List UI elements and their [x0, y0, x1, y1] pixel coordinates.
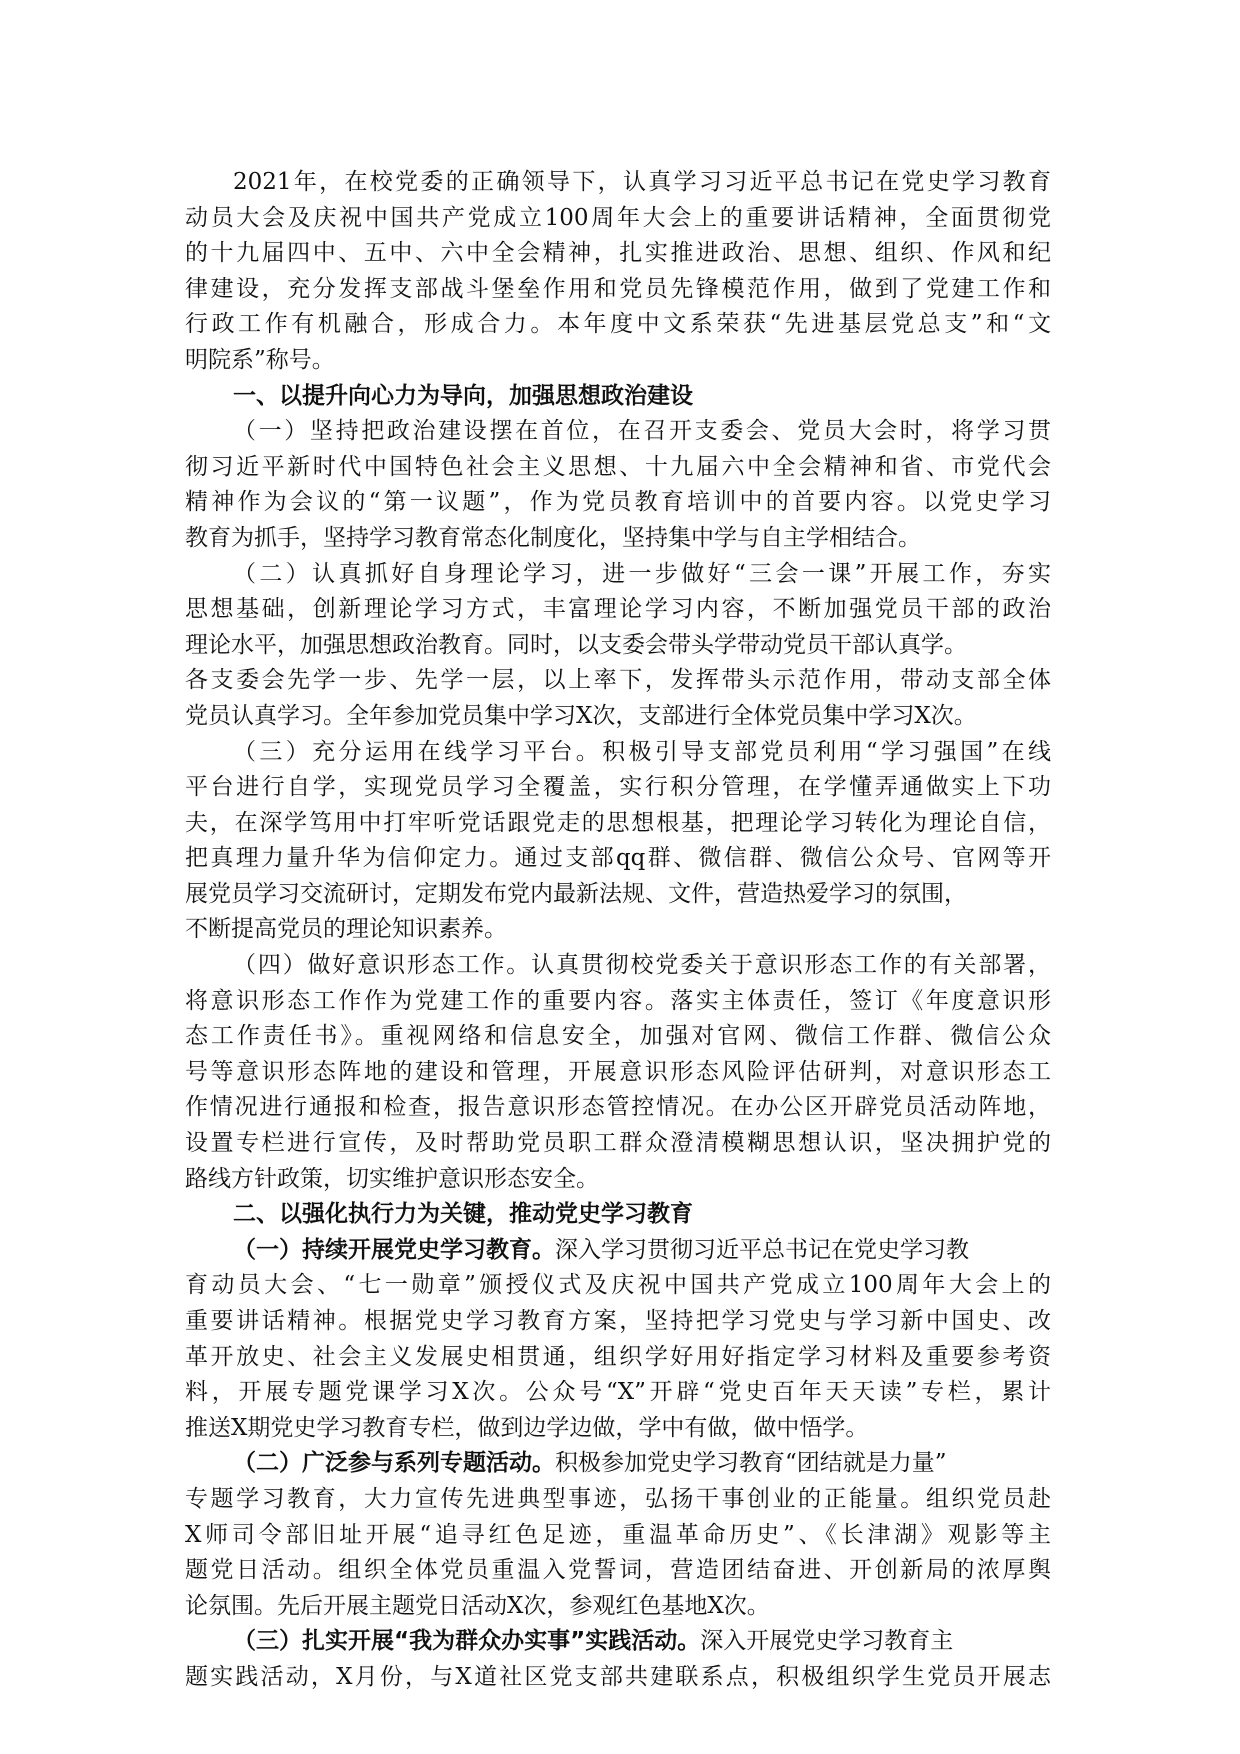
intro-line: 2021年，在校党委的正确领导下，认真学习习近平总书记在党史学习教育: [185, 165, 1051, 201]
paragraph-line: 题党日活动。组织全体党员重温入党誓词，营造团结奋进、开创新局的浓厚舆: [185, 1553, 1051, 1589]
intro-line: 律建设，充分发挥支部战斗堡垒作用和党员先锋模范作用，做到了党建工作和: [185, 272, 1051, 308]
intro-line: 动员大会及庆祝中国共产党成立100周年大会上的重要讲话精神，全面贯彻党: [185, 201, 1051, 237]
subsection-lead: （三）扎实开展“我为群众办实事”实践活动。: [233, 1628, 700, 1654]
paragraph-line: （二）广泛参与系列专题活动。积极参加党史学习教育“团结就是力量”: [185, 1446, 1051, 1482]
paragraph-line: 题实践活动，X月份，与X道社区党支部共建联系点，积极组织学生党员开展志: [185, 1660, 1051, 1696]
paragraph-line: 号等意识形态阵地的建设和管理，开展意识形态风险评估研判，对意识形态工: [185, 1055, 1051, 1091]
section-heading: 一、以提升向心力为导向，加强思想政治建设: [185, 379, 1051, 415]
paragraph-line: 推送X期党史学习教育专栏，做到边学边做，学中有做，做中悟学。: [185, 1411, 1051, 1447]
paragraph-line: 路线方针政策，切实维护意识形态安全。: [185, 1162, 1051, 1198]
paragraph-line: 不断提高党员的理论知识素养。: [185, 912, 1051, 948]
subsection-lead: （一）持续开展党史学习教育。: [233, 1237, 555, 1263]
paragraph-line: 设置专栏进行宣传，及时帮助党员职工群众澄清模糊思想认识，坚决拥护党的: [185, 1126, 1051, 1162]
paragraph-line: 党员认真学习。全年参加党员集中学习X次，支部进行全体党员集中学习X次。: [185, 699, 1051, 735]
paragraph-line: 思想基础，创新理论学习方式，丰富理论学习内容，不断加强党员干部的政治: [185, 592, 1051, 628]
paragraph-line: 把真理力量升华为信仰定力。通过支部qq群、微信群、微信公众号、官网等开: [185, 841, 1051, 877]
paragraph-text: 深入开展党史学习教育主: [700, 1628, 953, 1654]
subsection-lead: （二）广泛参与系列专题活动。: [233, 1450, 555, 1476]
document-page: 2021年，在校党委的正确领导下，认真学习习近平总书记在党史学习教育 动员大会及…: [185, 165, 1051, 1696]
paragraph-line: 精神作为会议的“第一议题”，作为党员教育培训中的首要内容。以党史学习: [185, 485, 1051, 521]
intro-line: 的十九届四中、五中、六中全会精神，扎实推进政治、思想、组织、作风和纪: [185, 236, 1051, 272]
paragraph-line: 平台进行自学，实现党员学习全覆盖，实行积分管理，在学懂弄通做实上下功: [185, 770, 1051, 806]
paragraph-line: （一）持续开展党史学习教育。深入学习贯彻习近平总书记在党史学习教: [185, 1233, 1051, 1269]
paragraph-line: 育动员大会、“七一勋章”颁授仪式及庆祝中国共产党成立100周年大会上的: [185, 1268, 1051, 1304]
paragraph-text: 深入学习贯彻习近平总书记在党史学习教: [555, 1237, 969, 1263]
section-heading: 二、以强化执行力为关键，推动党史学习教育: [185, 1197, 1051, 1233]
paragraph-line: （四）做好意识形态工作。认真贯彻校党委关于意识形态工作的有关部署，: [185, 948, 1051, 984]
paragraph-line: （二）认真抓好自身理论学习，进一步做好“三会一课”开展工作，夯实: [185, 557, 1051, 593]
paragraph-line: X师司令部旧址开展“追寻红色足迹，重温革命历史”、《长津湖》观影等主: [185, 1518, 1051, 1554]
paragraph-line: 教育为抓手，坚持学习教育常态化制度化，坚持集中学与自主学相结合。: [185, 521, 1051, 557]
paragraph-line: 料，开展专题党课学习X次。公众号“X”开辟“党史百年天天读”专栏，累计: [185, 1375, 1051, 1411]
paragraph-line: （三）充分运用在线学习平台。积极引导支部党员利用“学习强国”在线: [185, 735, 1051, 771]
paragraph-line: 理论水平，加强思想政治教育。同时，以支委会带头学带动党员干部认真学。: [185, 628, 1051, 664]
paragraph-line: 革开放史、社会主义发展史相贯通，组织学好用好指定学习材料及重要参考资: [185, 1340, 1051, 1376]
paragraph-line: 各支委会先学一步、先学一层，以上率下，发挥带头示范作用，带动支部全体: [185, 663, 1051, 699]
paragraph-line: 重要讲话精神。根据党史学习教育方案，坚持把学习党史与学习新中国史、改: [185, 1304, 1051, 1340]
intro-line: 明院系”称号。: [185, 343, 1051, 379]
paragraph-line: 展党员学习交流研讨，定期发布党内最新法规、文件，营造热爱学习的氛围，: [185, 877, 1051, 913]
paragraph-line: 论氛围。先后开展主题党日活动X次，参观红色基地X次。: [185, 1589, 1051, 1625]
paragraph-line: 态工作责任书》。重视网络和信息安全，加强对官网、微信工作群、微信公众: [185, 1019, 1051, 1055]
paragraph-line: 专题学习教育，大力宣传先进典型事迹，弘扬干事创业的正能量。组织党员赴: [185, 1482, 1051, 1518]
paragraph-line: 作情况进行通报和检查，报告意识形态管控情况。在办公区开辟党员活动阵地，: [185, 1090, 1051, 1126]
paragraph-line: （三）扎实开展“我为群众办实事”实践活动。深入开展党史学习教育主: [185, 1624, 1051, 1660]
paragraph-text: 积极参加党史学习教育“团结就是力量”: [555, 1450, 947, 1476]
paragraph-line: 将意识形态工作作为党建工作的重要内容。落实主体责任，签订《年度意识形: [185, 984, 1051, 1020]
paragraph-line: 彻习近平新时代中国特色社会主义思想、十九届六中全会精神和省、市党代会: [185, 450, 1051, 486]
paragraph-line: 夫，在深学笃用中打牢听党话跟党走的思想根基，把理论学习转化为理论自信，: [185, 806, 1051, 842]
paragraph-line: （一）坚持把政治建设摆在首位，在召开支委会、党员大会时，将学习贯: [185, 414, 1051, 450]
intro-line: 行政工作有机融合，形成合力。本年度中文系荣获“先进基层党总支”和“文: [185, 307, 1051, 343]
